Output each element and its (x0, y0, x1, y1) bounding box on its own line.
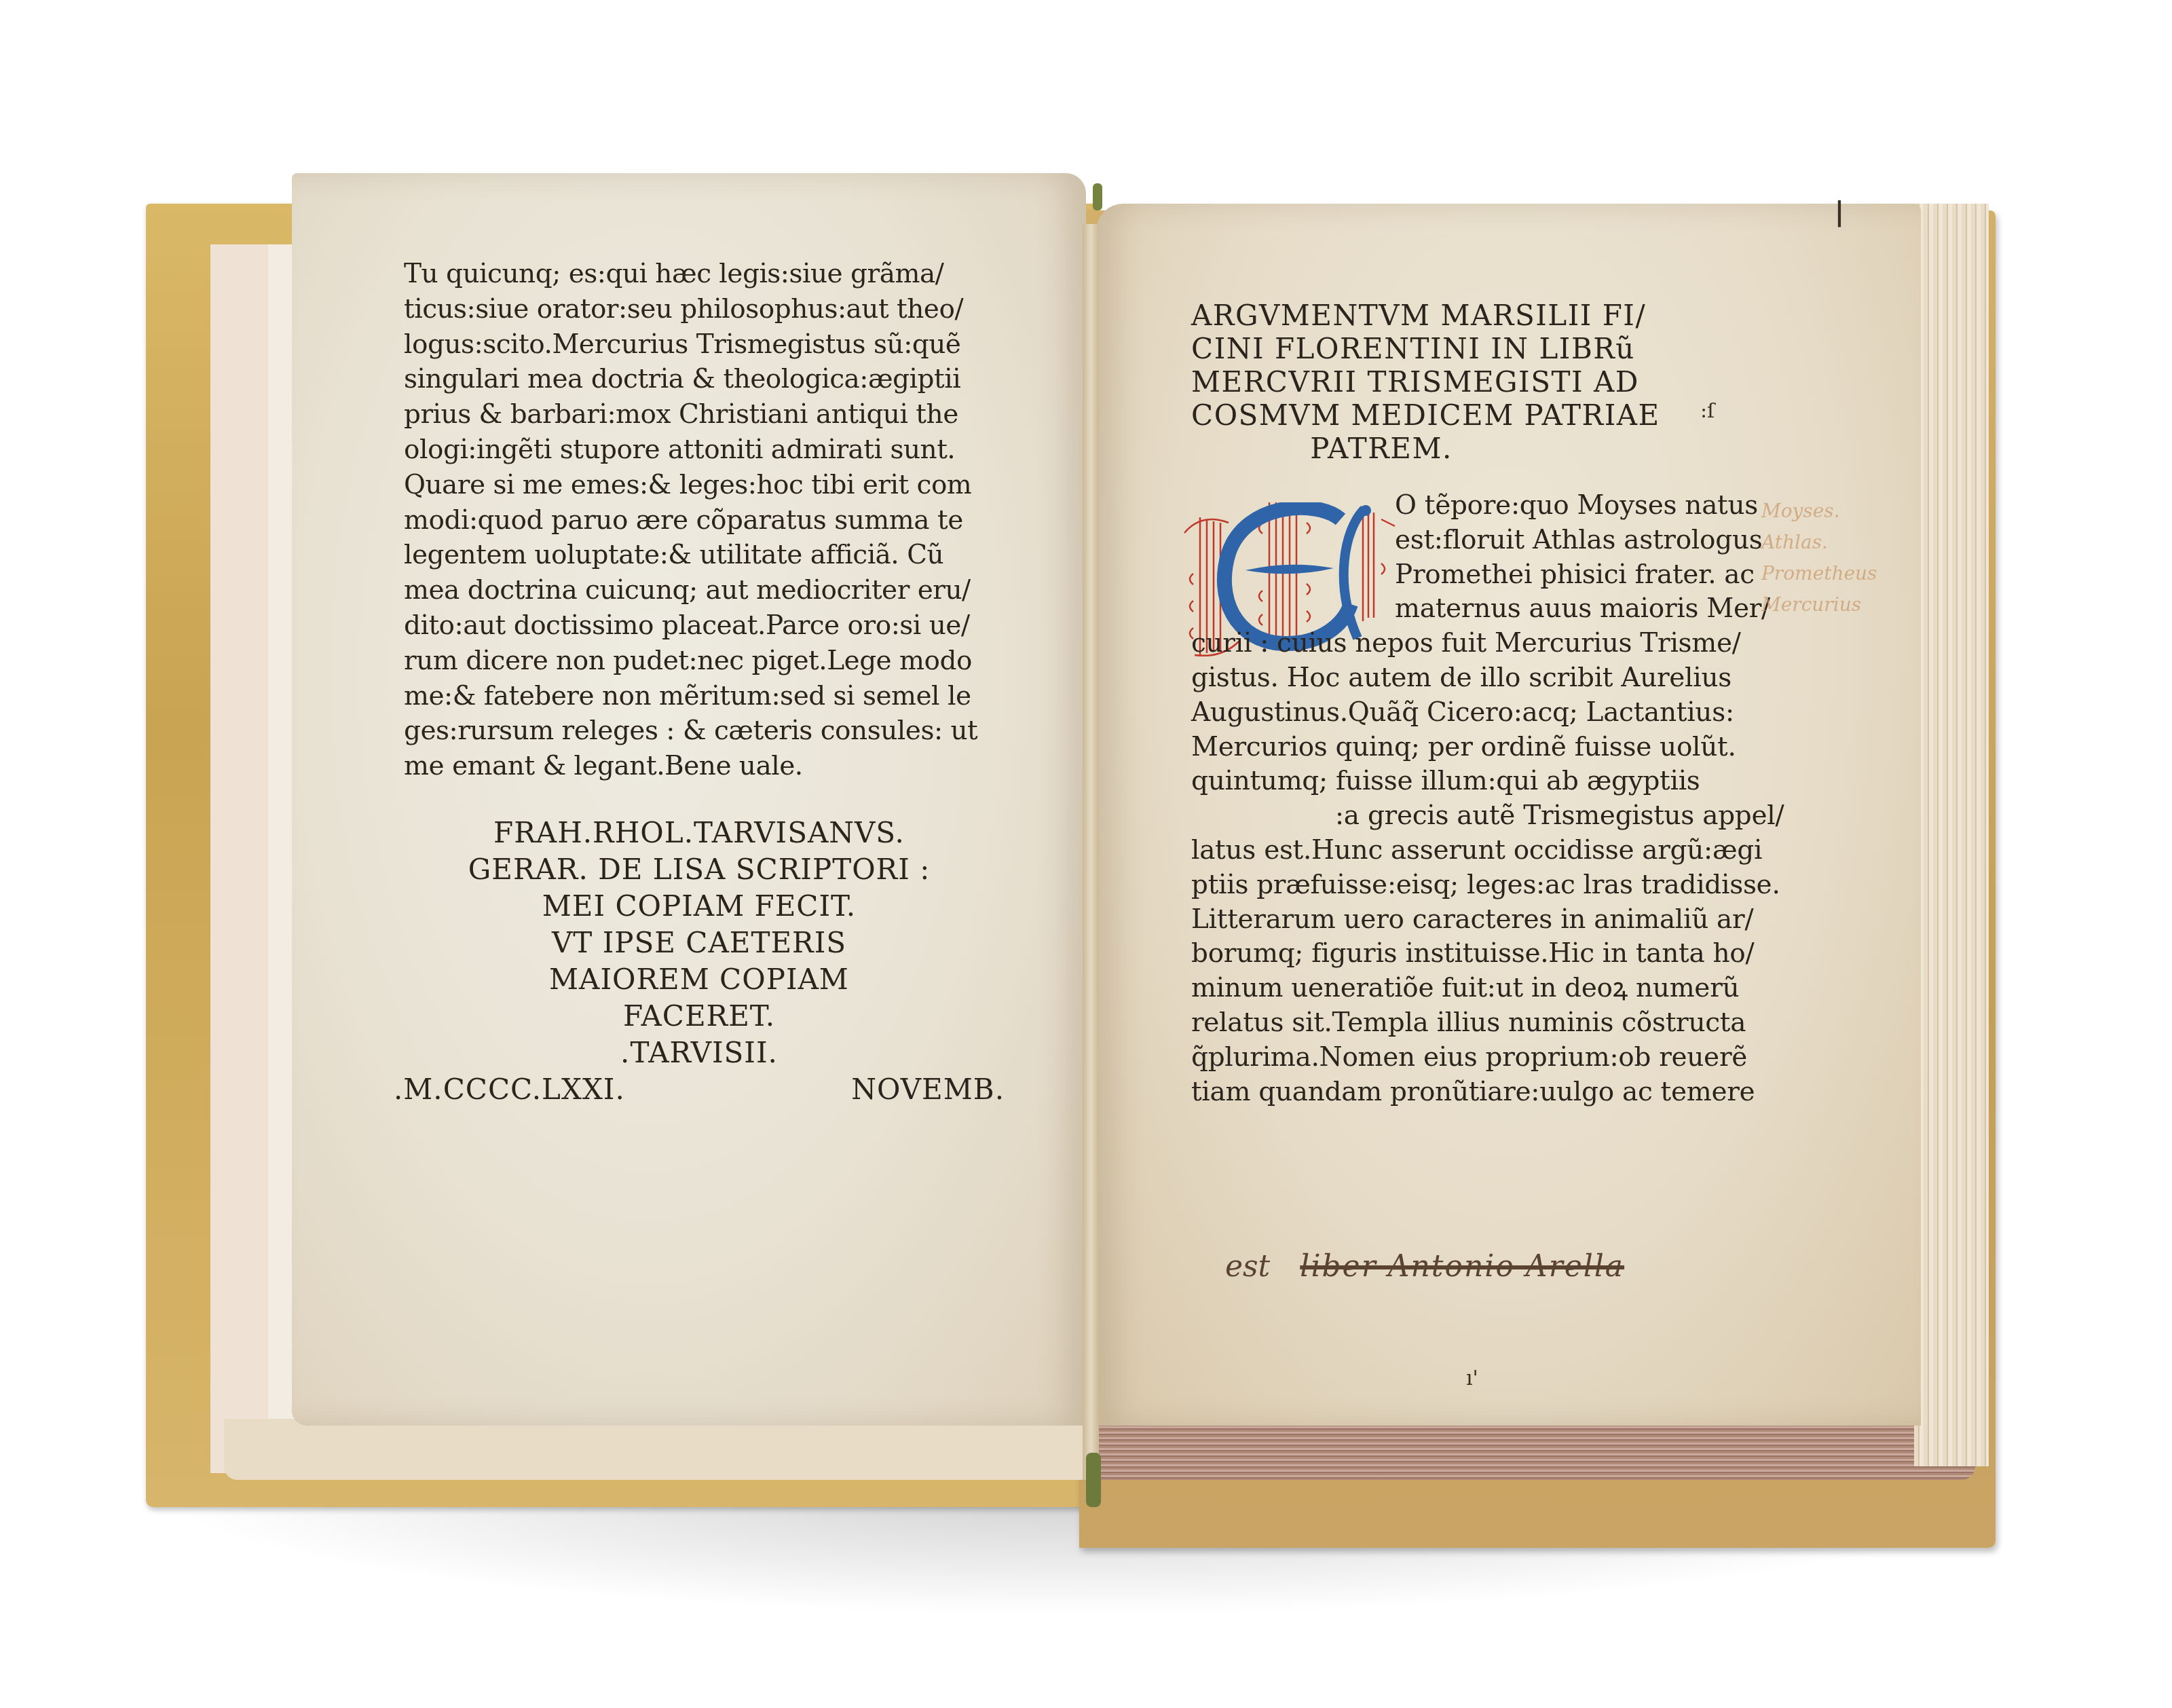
text-line: ticus:siue orator:seu philosophus:aut th… (404, 292, 1015, 327)
text-line: tiam quandam pronũtiare:uulgo ac temere (1191, 1075, 1755, 1110)
margin-annotations: Moyses. Athlas. Prometheus Mercurius (1761, 496, 1877, 620)
text-line: prius & barbari:mox Christiani antiqui t… (404, 397, 1015, 432)
right-page-body: O tẽpore:quo Moyses natus est:floruit At… (1191, 489, 1755, 1109)
right-fore-edge (1914, 204, 1989, 1466)
text-line: minum ueneratiõe fuit:ut in deoꝝ numerũ (1191, 971, 1755, 1006)
heading-line: ARGVMENTVM MARSILII FI/ (1191, 299, 1734, 332)
text-line: dito:aut doctissimo placeat.Parce oro:si… (404, 608, 1015, 644)
colophon-line: VT IPSE CAETERIS (407, 925, 991, 961)
text-line: est:floruit Athlas astrologus (1191, 523, 1755, 558)
heading-line: PATREM. (1191, 432, 1571, 465)
colophon-year: .M.CCCC.LXXI. (394, 1071, 625, 1108)
folio-mark: ǀ (1834, 193, 1845, 236)
text-line: q̃plurima.Nomen eius proprium:ob reuerẽ (1191, 1041, 1755, 1075)
text-line: ptiis præfuisse:eisq; leges:ac lras trad… (1191, 868, 1755, 903)
heading-line: MERCVRII TRISMEGISTI AD (1191, 365, 1734, 398)
manuscript-ownership-note: est liber Antonio Arella (1225, 1249, 1624, 1284)
heading-line: COSMVM MEDICEM PATRIAE (1191, 398, 1734, 432)
colophon-line: GERAR. DE LISA SCRIPTORI : (407, 851, 991, 888)
left-page-stack (224, 1419, 1086, 1480)
signature-mark: ı' (1466, 1367, 1478, 1390)
text-line: logus:scito.Mercurius Trismegistus sũ:qu… (404, 327, 1015, 363)
text-line: modi:quod paruo ære cõparatus summa te (404, 503, 1015, 538)
colophon-date: .M.CCCC.LXXI. NOVEMB. (394, 1071, 1005, 1108)
text-line: O tẽpore:quo Moyses natus (1191, 489, 1755, 523)
right-page-heading: ARGVMENTVM MARSILII FI/ CINI FLORENTINI … (1191, 299, 1734, 465)
text-line: relatus sit.Templa illius numinis cõstru… (1191, 1006, 1755, 1041)
colophon: FRAH.RHOL.TARVISANVS. GERAR. DE LISA SCR… (407, 815, 991, 1108)
struck-inscription: liber Antonio Arella (1300, 1249, 1624, 1284)
text-line: Quare si me emes:& leges:hoc tibi erit c… (404, 468, 1015, 503)
text-line: rum dicere non pudet:nec piget.Lege modo (404, 644, 1015, 679)
text-line: Litterarum uero caracteres in animaliũ a… (1191, 903, 1755, 937)
colophon-line: MAIOREM COPIAM (407, 961, 991, 998)
book-gutter (1083, 224, 1099, 1480)
text-line: Augustinus.Quãq̃ Cicero:acq; Lactantius: (1191, 696, 1755, 730)
colophon-month: NOVEMB. (851, 1071, 1005, 1108)
text-line: ologi:ingẽti stupore attoniti admirati s… (404, 432, 1015, 468)
text-line: Mercurios quinq; per ordinẽ fuisse uolũt… (1191, 730, 1755, 765)
left-page-body: Tu quicunq; es:qui hæc legis:siue grãma/… (404, 257, 1015, 784)
text-line: ges:rursum releges : & cæteris consules:… (404, 713, 1015, 749)
text-line: maternus auus maioris Mer/ (1191, 592, 1755, 627)
heading-line: CINI FLORENTINI IN LIBRũ (1191, 332, 1734, 365)
text-line: me emant & legant.Bene uale. (404, 749, 1015, 784)
margin-note: Moyses. (1761, 496, 1877, 527)
text-line: singulari mea doctria & theologica:ægipt… (404, 362, 1015, 397)
margin-note: Prometheus (1761, 558, 1877, 589)
text-line: latus est.Hunc asserunt occidisse argũ:æ… (1191, 834, 1755, 868)
margin-note: Mercurius (1761, 589, 1877, 620)
binding-thread-bottom (1086, 1453, 1101, 1507)
text-line: :a grecis autẽ Trismegistus appel/ (1191, 799, 1755, 834)
text-line: gistus. Hoc autem de illo scribit Aureli… (1191, 661, 1755, 696)
text-line: mea doctrina cuicunq; aut mediocriter er… (404, 573, 1015, 608)
heading-ornament-icon: :ſ (1700, 399, 1715, 423)
text-line: Promethei phisici frater. ac (1191, 558, 1755, 593)
text-line: quintumq; fuisse illum:qui ab ægyptiis (1191, 764, 1755, 799)
colophon-line: MEI COPIAM FECIT. (407, 888, 991, 925)
margin-note: Athlas. (1761, 527, 1877, 558)
text-line: Tu quicunq; es:qui hæc legis:siue grãma/ (404, 257, 1015, 292)
text-line: curii : cuius nepos fuit Mercurius Trism… (1191, 627, 1755, 661)
colophon-line: .TARVISII. (407, 1035, 991, 1071)
binding-thread-top (1093, 183, 1102, 210)
colophon-line: FRAH.RHOL.TARVISANVS. (407, 815, 991, 851)
left-flyleaf-edge (268, 244, 295, 1473)
colophon-line: FACERET. (407, 998, 991, 1035)
text-line: legentem uoluptate:& utilitate afficiã. … (404, 538, 1015, 573)
manuscript-prefix: est (1225, 1249, 1270, 1284)
text-line: borumq; figuris instituisse.Hic in tanta… (1191, 937, 1755, 971)
text-line: me:& fatebere non mẽritum:sed si semel l… (404, 679, 1015, 714)
